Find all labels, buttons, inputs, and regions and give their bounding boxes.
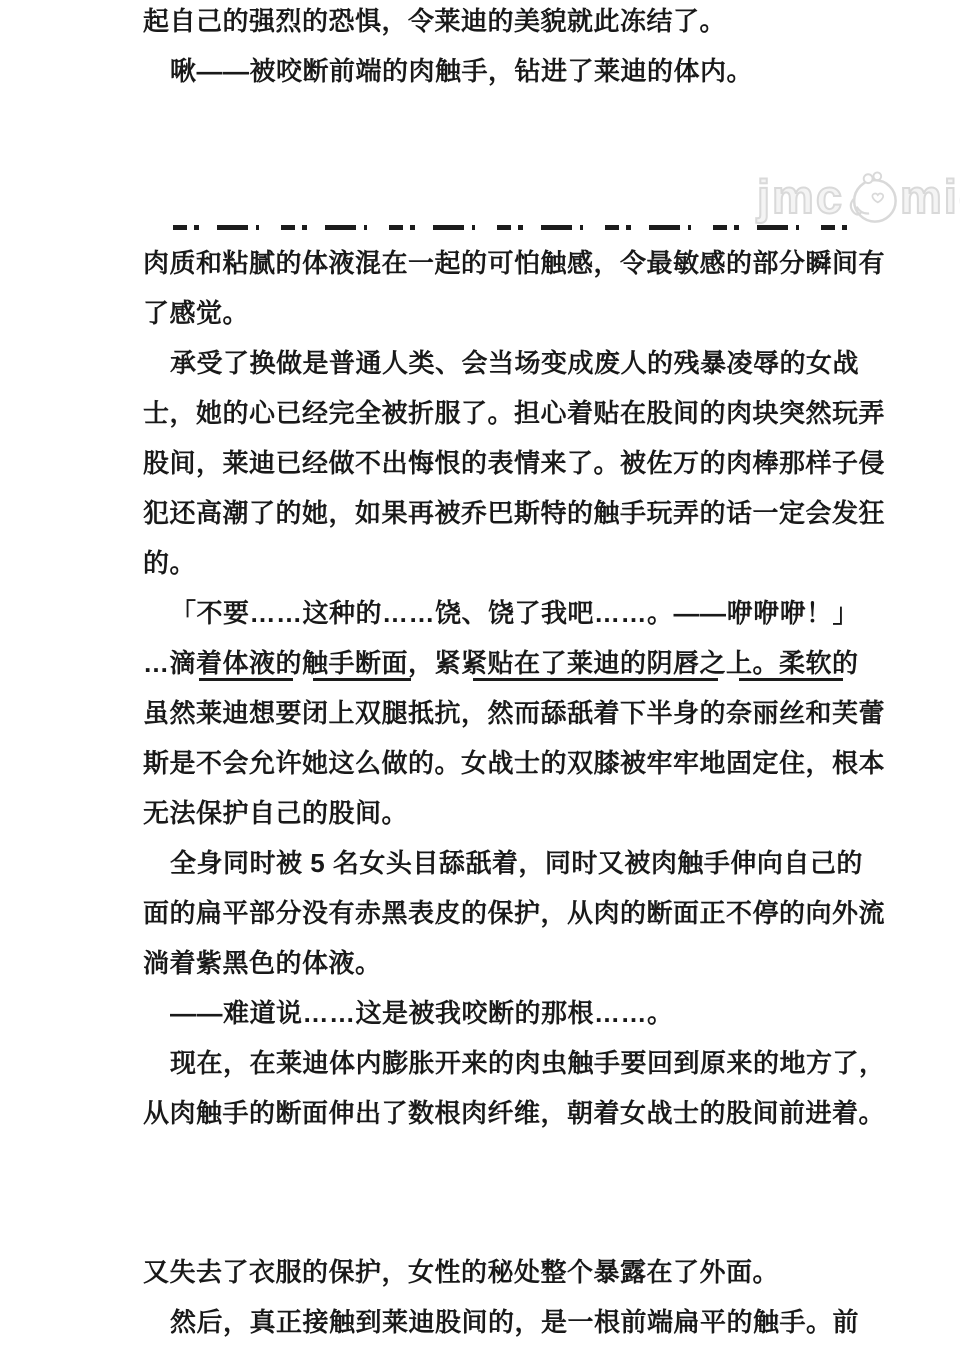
text-line: …滴着体液的触手断面，紧紧贴在了莱迪的阴唇之上。柔软的 <box>143 638 903 688</box>
text-line: 斯是不会允许她这么做的。女战士的双膝被牢牢地固定住，根本 <box>143 738 903 788</box>
novel-text-block: 起自己的强烈的恐惧，令莱迪的美貌就此冻结了。啾——被咬断前端的肉触手，钻进了莱迪… <box>143 0 903 1347</box>
text-line: 啾——被咬断前端的肉触手，钻进了莱迪的体内。 <box>143 46 903 96</box>
text-line: 无法保护自己的股间。 <box>143 788 903 838</box>
text-line: 从肉触手的断面伸出了数根肉纤维，朝着女战士的股间前进着。 <box>143 1088 903 1138</box>
text-line: 虽然莱迪想要闭上双腿抵抗，然而舔舐着下半身的奈丽丝和芙蕾 <box>143 688 903 738</box>
text-line: 承受了换做是普通人类、会当场变成废人的残暴凌辱的女战 <box>143 338 903 388</box>
text-line: 然后，真正接触到莱迪股间的，是一根前端扁平的触手。前 <box>143 1297 903 1347</box>
page: jmc mic 起自己的强烈的恐惧，令莱迪的美貌就此冻结了。啾——被咬断前端的肉… <box>0 0 960 1358</box>
text-line: 「不要……这种的……饶、饶了我吧……。——咿咿咿！」 <box>143 588 903 638</box>
text-line: 又失去了衣服的保护，女性的秘处整个暴露在了外面。 <box>143 1247 903 1297</box>
text-line: 了感觉。 <box>143 288 903 338</box>
text-line: 士，她的心已经完全被折服了。担心着贴在股间的肉块突然玩弄 <box>143 388 903 438</box>
text-line: 面的扁平部分没有赤黑表皮的保护，从肉的断面正不停的向外流 <box>143 888 903 938</box>
watermark-text-right: mic <box>900 169 960 225</box>
text-line: 股间，莱迪已经做不出悔恨的表情来了。被佐万的肉棒那样子侵 <box>143 438 903 488</box>
clipped-text-line <box>173 220 849 233</box>
text-line: 全身同时被 5 名女头目舔舐着，同时又被肉触手伸向自己的 <box>143 838 903 888</box>
text-line: 的。 <box>143 538 903 588</box>
text-line: 肉质和粘腻的体液混在一起的可怕触感，令最敏感的部分瞬间有 <box>143 238 903 288</box>
text-line: 淌着紫黑色的体液。 <box>143 938 903 988</box>
text-line: 起自己的强烈的恐惧，令莱迪的美貌就此冻结了。 <box>143 0 903 46</box>
text-line: 现在，在莱迪体内膨胀开来的肉虫触手要回到原来的地方了， <box>143 1038 903 1088</box>
text-line: 犯还高潮了的她，如果再被乔巴斯特的触手玩弄的话一定会发狂 <box>143 488 903 538</box>
text-line: ——难道说……这是被我咬断的那根……。 <box>143 988 903 1038</box>
